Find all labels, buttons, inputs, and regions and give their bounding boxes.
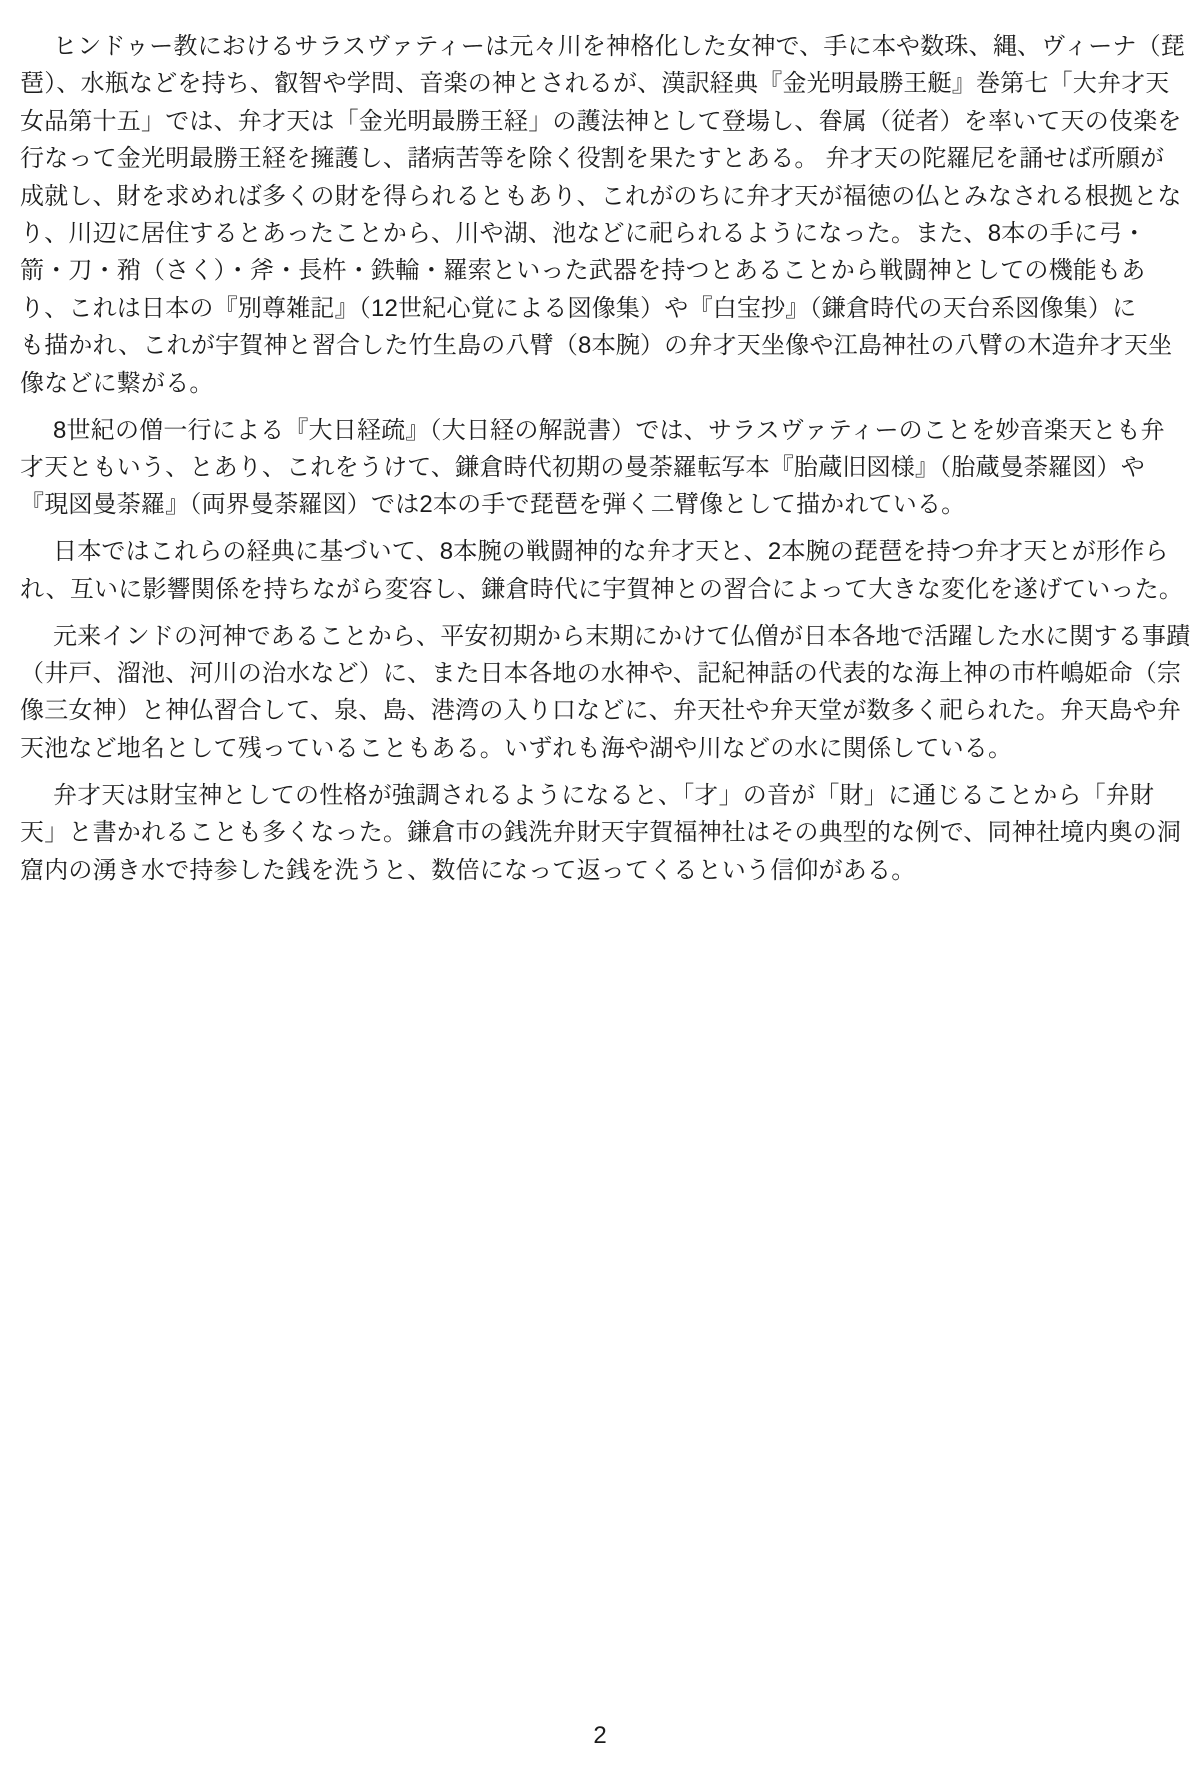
text-line: 窟内の湧き水で持参した銭を洗うと、数倍になって返ってくるという信仰がある。 [20, 852, 1188, 889]
text-line: 才天ともいう、とあり、これをうけて、鎌倉時代初期の曼荼羅転写本『胎蔵旧図様』（胎… [20, 449, 1188, 486]
paragraph: 元来インドの河神であることから、平安初期から末期にかけて仏僧が日本各地で活躍した… [20, 618, 1188, 768]
text-body: ヒンドゥー教におけるサラスヴァティーは元々川を神格化した女神で、手に本や数珠、縄… [20, 28, 1188, 898]
text-line: り、これは日本の『別尊雑記』（12世紀心覚による図像集）や『白宝抄』（鎌倉時代の… [20, 290, 1188, 327]
text-line: 琶）、水瓶などを持ち、叡智や学問、音楽の神とされるが、漢訳経典『金光明最勝王艇』… [20, 65, 1188, 102]
text-line: 成就し、財を求めれば多くの財を得られるともあり、これがのちに弁才天が福徳の仏とみ… [20, 178, 1188, 215]
text-line: 弁才天は財宝神としての性格が強調されるようになると、「才」の音が「財」に通じるこ… [20, 777, 1188, 814]
paragraph: 日本ではこれらの経典に基づいて、8本腕の戦闘神的な弁才天と、2本腕の琵琶を持つ弁… [20, 533, 1188, 608]
text-line: 箭・刀・矟（さく）・斧・長杵・鉄輪・羅索といった武器を持つとあることから戦闘神と… [20, 252, 1188, 289]
text-line: 天」と書かれることも多くなった。鎌倉市の銭洗弁財天宇賀福神社はその典型的な例で、… [20, 814, 1188, 851]
text-line: 8世紀の僧一行による『大日経疏』（大日経の解説書）では、サラスヴァティーのことを… [20, 412, 1188, 449]
paragraph: ヒンドゥー教におけるサラスヴァティーは元々川を神格化した女神で、手に本や数珠、縄… [20, 28, 1188, 402]
text-line: （井戸、溜池、河川の治水など）に、また日本各地の水神や、記紀神話の代表的な海上神… [20, 655, 1188, 692]
text-line: 天池など地名として残っていることもある。いずれも海や湖や川などの水に関係している… [20, 730, 1188, 767]
page-number: 2 [0, 1722, 1200, 1750]
text-line: 行なって金光明最勝王経を擁護し、諸病苦等を除く役割を果たすとある。 弁才天の陀羅… [20, 140, 1188, 177]
text-line: 日本ではこれらの経典に基づいて、8本腕の戦闘神的な弁才天と、2本腕の琵琶を持つ弁… [20, 533, 1188, 570]
text-line: 『現図曼荼羅』（両界曼荼羅図）では2本の手で琵琶を弾く二臂像として描かれている。 [20, 486, 1188, 523]
text-line: れ、互いに影響関係を持ちながら変容し、鎌倉時代に宇賀神との習合によって大きな変化… [20, 571, 1188, 608]
text-line: も描かれ、これが宇賀神と習合した竹生島の八臂（8本腕）の弁才天坐像や江島神社の八… [20, 327, 1188, 364]
paragraph: 弁才天は財宝神としての性格が強調されるようになると、「才」の音が「財」に通じるこ… [20, 777, 1188, 889]
text-line: 像などに繋がる。 [20, 365, 1188, 402]
text-line: 元来インドの河神であることから、平安初期から末期にかけて仏僧が日本各地で活躍した… [20, 618, 1188, 655]
text-line: ヒンドゥー教におけるサラスヴァティーは元々川を神格化した女神で、手に本や数珠、縄… [20, 28, 1188, 65]
text-line: 女品第十五」では、弁才天は「金光明最勝王経」の護法神として登場し、眷属（従者）を… [20, 103, 1188, 140]
paragraph: 8世紀の僧一行による『大日経疏』（大日経の解説書）では、サラスヴァティーのことを… [20, 412, 1188, 524]
text-line: 像三女神）と神仏習合して、泉、島、港湾の入り口などに、弁天社や弁天堂が数多く祀ら… [20, 692, 1188, 729]
text-line: り、川辺に居住するとあったことから、川や湖、池などに祀られるようになった。また、… [20, 215, 1188, 252]
